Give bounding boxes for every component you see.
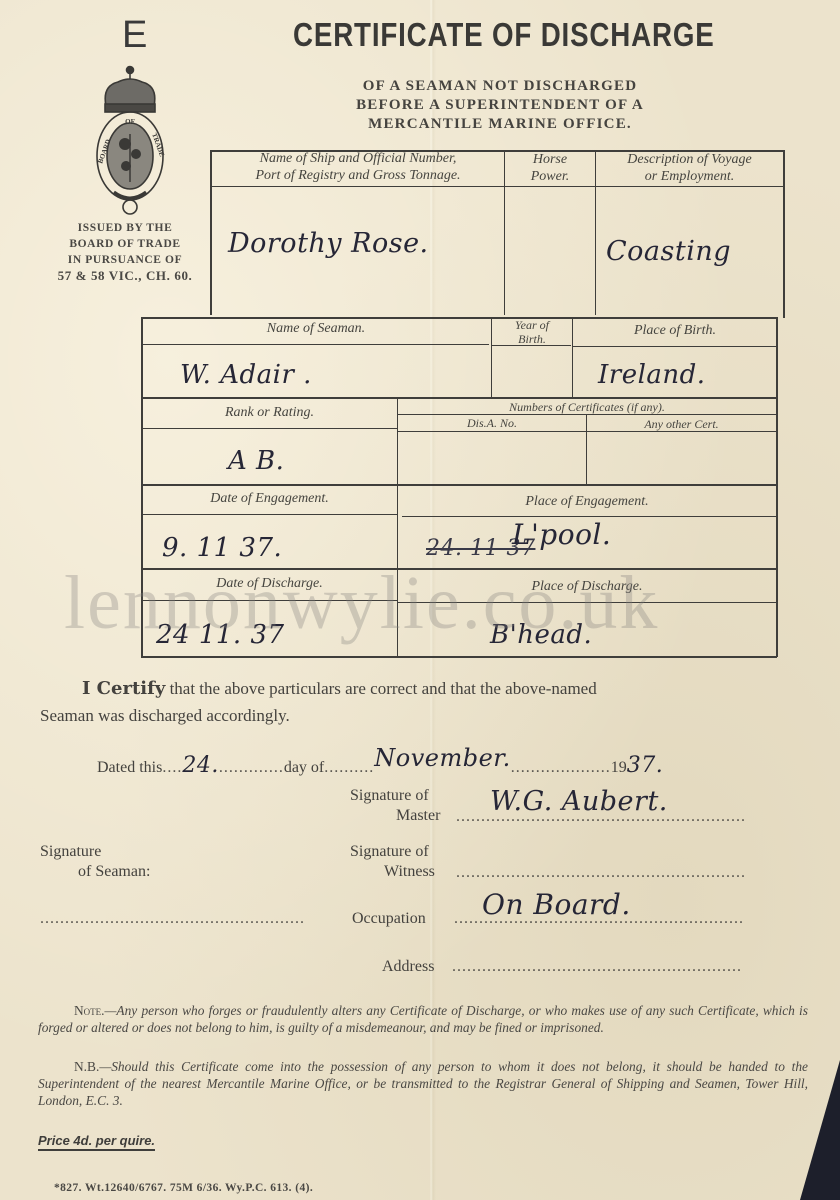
issued-line: 57 & 58 VIC., CH. 60. (50, 268, 200, 284)
date-discharge-label: Date of Discharge. (142, 575, 397, 592)
place-of-birth-value[interactable]: Ireland. (598, 360, 706, 390)
certificate-subtitle: OF A SEAMAN NOT DISCHARGED BEFORE A SUPE… (310, 77, 690, 134)
day-value[interactable]: 24. (182, 753, 219, 778)
master-signature-label: Signature of Master (350, 786, 440, 826)
address-line: ........................................… (452, 958, 742, 976)
date-engagement-label: Date of Engagement. (142, 490, 397, 507)
form-letter: E (122, 14, 147, 57)
witness-signature-label: Signature of Witness (350, 842, 435, 882)
certification-line1: I Certify that the above particulars are… (82, 678, 597, 699)
date-engagement-value[interactable]: 9. 11 37. (162, 533, 282, 563)
occupation-value[interactable]: On Board. (482, 888, 631, 921)
issued-by-notice: ISSUED BY THE BOARD OF TRADE IN PURSUANC… (50, 220, 200, 284)
witness-signature-line: ........................................… (456, 864, 746, 882)
address-label: Address (382, 958, 434, 976)
subtitle-line: OF A SEAMAN NOT DISCHARGED (310, 77, 690, 96)
dis-a-label: Dis.A. No. (398, 416, 586, 430)
subtitle-line: BEFORE A SUPERINTENDENT OF A (310, 96, 690, 115)
voyage-value[interactable]: Coasting (606, 236, 731, 267)
voyage-label: Description of Voyage or Employment. (596, 151, 783, 185)
print-code: *827. Wt.12640/6767. 75M 6/36. Wy.P.C. 6… (54, 1182, 313, 1194)
place-discharge-value[interactable]: B'head. (490, 620, 592, 650)
forgery-note: Note.—Any person who forges or fraudulen… (38, 1002, 808, 1036)
certification-line2: Seaman was discharged accordingly. (40, 706, 290, 726)
issued-line: IN PURSUANCE OF (50, 252, 200, 268)
occupation-label: Occupation (352, 910, 426, 928)
issued-line: BOARD OF TRADE (50, 236, 200, 252)
year-of-birth-label: Year of Birth. (492, 318, 572, 346)
seaman-signature-label: Signature of Seaman: (40, 842, 150, 882)
place-of-birth-label: Place of Birth. (573, 322, 777, 339)
issued-line: ISSUED BY THE (50, 220, 200, 236)
date-discharge-value[interactable]: 24 11. 37 (156, 620, 285, 650)
rank-value[interactable]: A B. (228, 446, 284, 476)
seaman-name-label: Name of Seaman. (142, 320, 490, 337)
place-discharge-label: Place of Discharge. (398, 578, 776, 595)
master-signature-value[interactable]: W.G. Aubert. (490, 786, 668, 817)
price-notice: Price 4d. per quire. (38, 1133, 155, 1151)
subtitle-line: MERCANTILE MARINE OFFICE. (310, 115, 690, 134)
certificates-label: Numbers of Certificates (if any). (398, 400, 776, 414)
board-of-trade-crest-icon: OF BOARD TRADE (92, 64, 168, 216)
place-engagement-value[interactable]: L'pool. (512, 518, 611, 551)
place-engagement-label: Place of Engagement. (398, 493, 776, 510)
nb-note: N.B.—Should this Certificate come into t… (38, 1058, 808, 1109)
seaman-signature-line[interactable]: ........................................… (40, 910, 305, 928)
certify-lead: I Certify (82, 678, 165, 699)
other-cert-label: Any other Cert. (587, 417, 776, 431)
year-value[interactable]: 37. (627, 753, 664, 778)
ship-name-value[interactable]: Dorothy Rose. (228, 228, 429, 259)
svg-text:OF: OF (125, 118, 135, 126)
horse-power-label: Horse Power. (505, 151, 595, 185)
dated-line: Dated this....24..............day of....… (97, 750, 663, 778)
certificate-title: CERTIFICATE OF DISCHARGE (293, 16, 715, 54)
rank-label: Rank or Rating. (142, 404, 397, 421)
month-value[interactable]: November. (374, 744, 511, 772)
seaman-name-value[interactable]: W. Adair . (180, 360, 312, 390)
ship-name-label: Name of Ship and Official Number, Port o… (214, 150, 502, 184)
